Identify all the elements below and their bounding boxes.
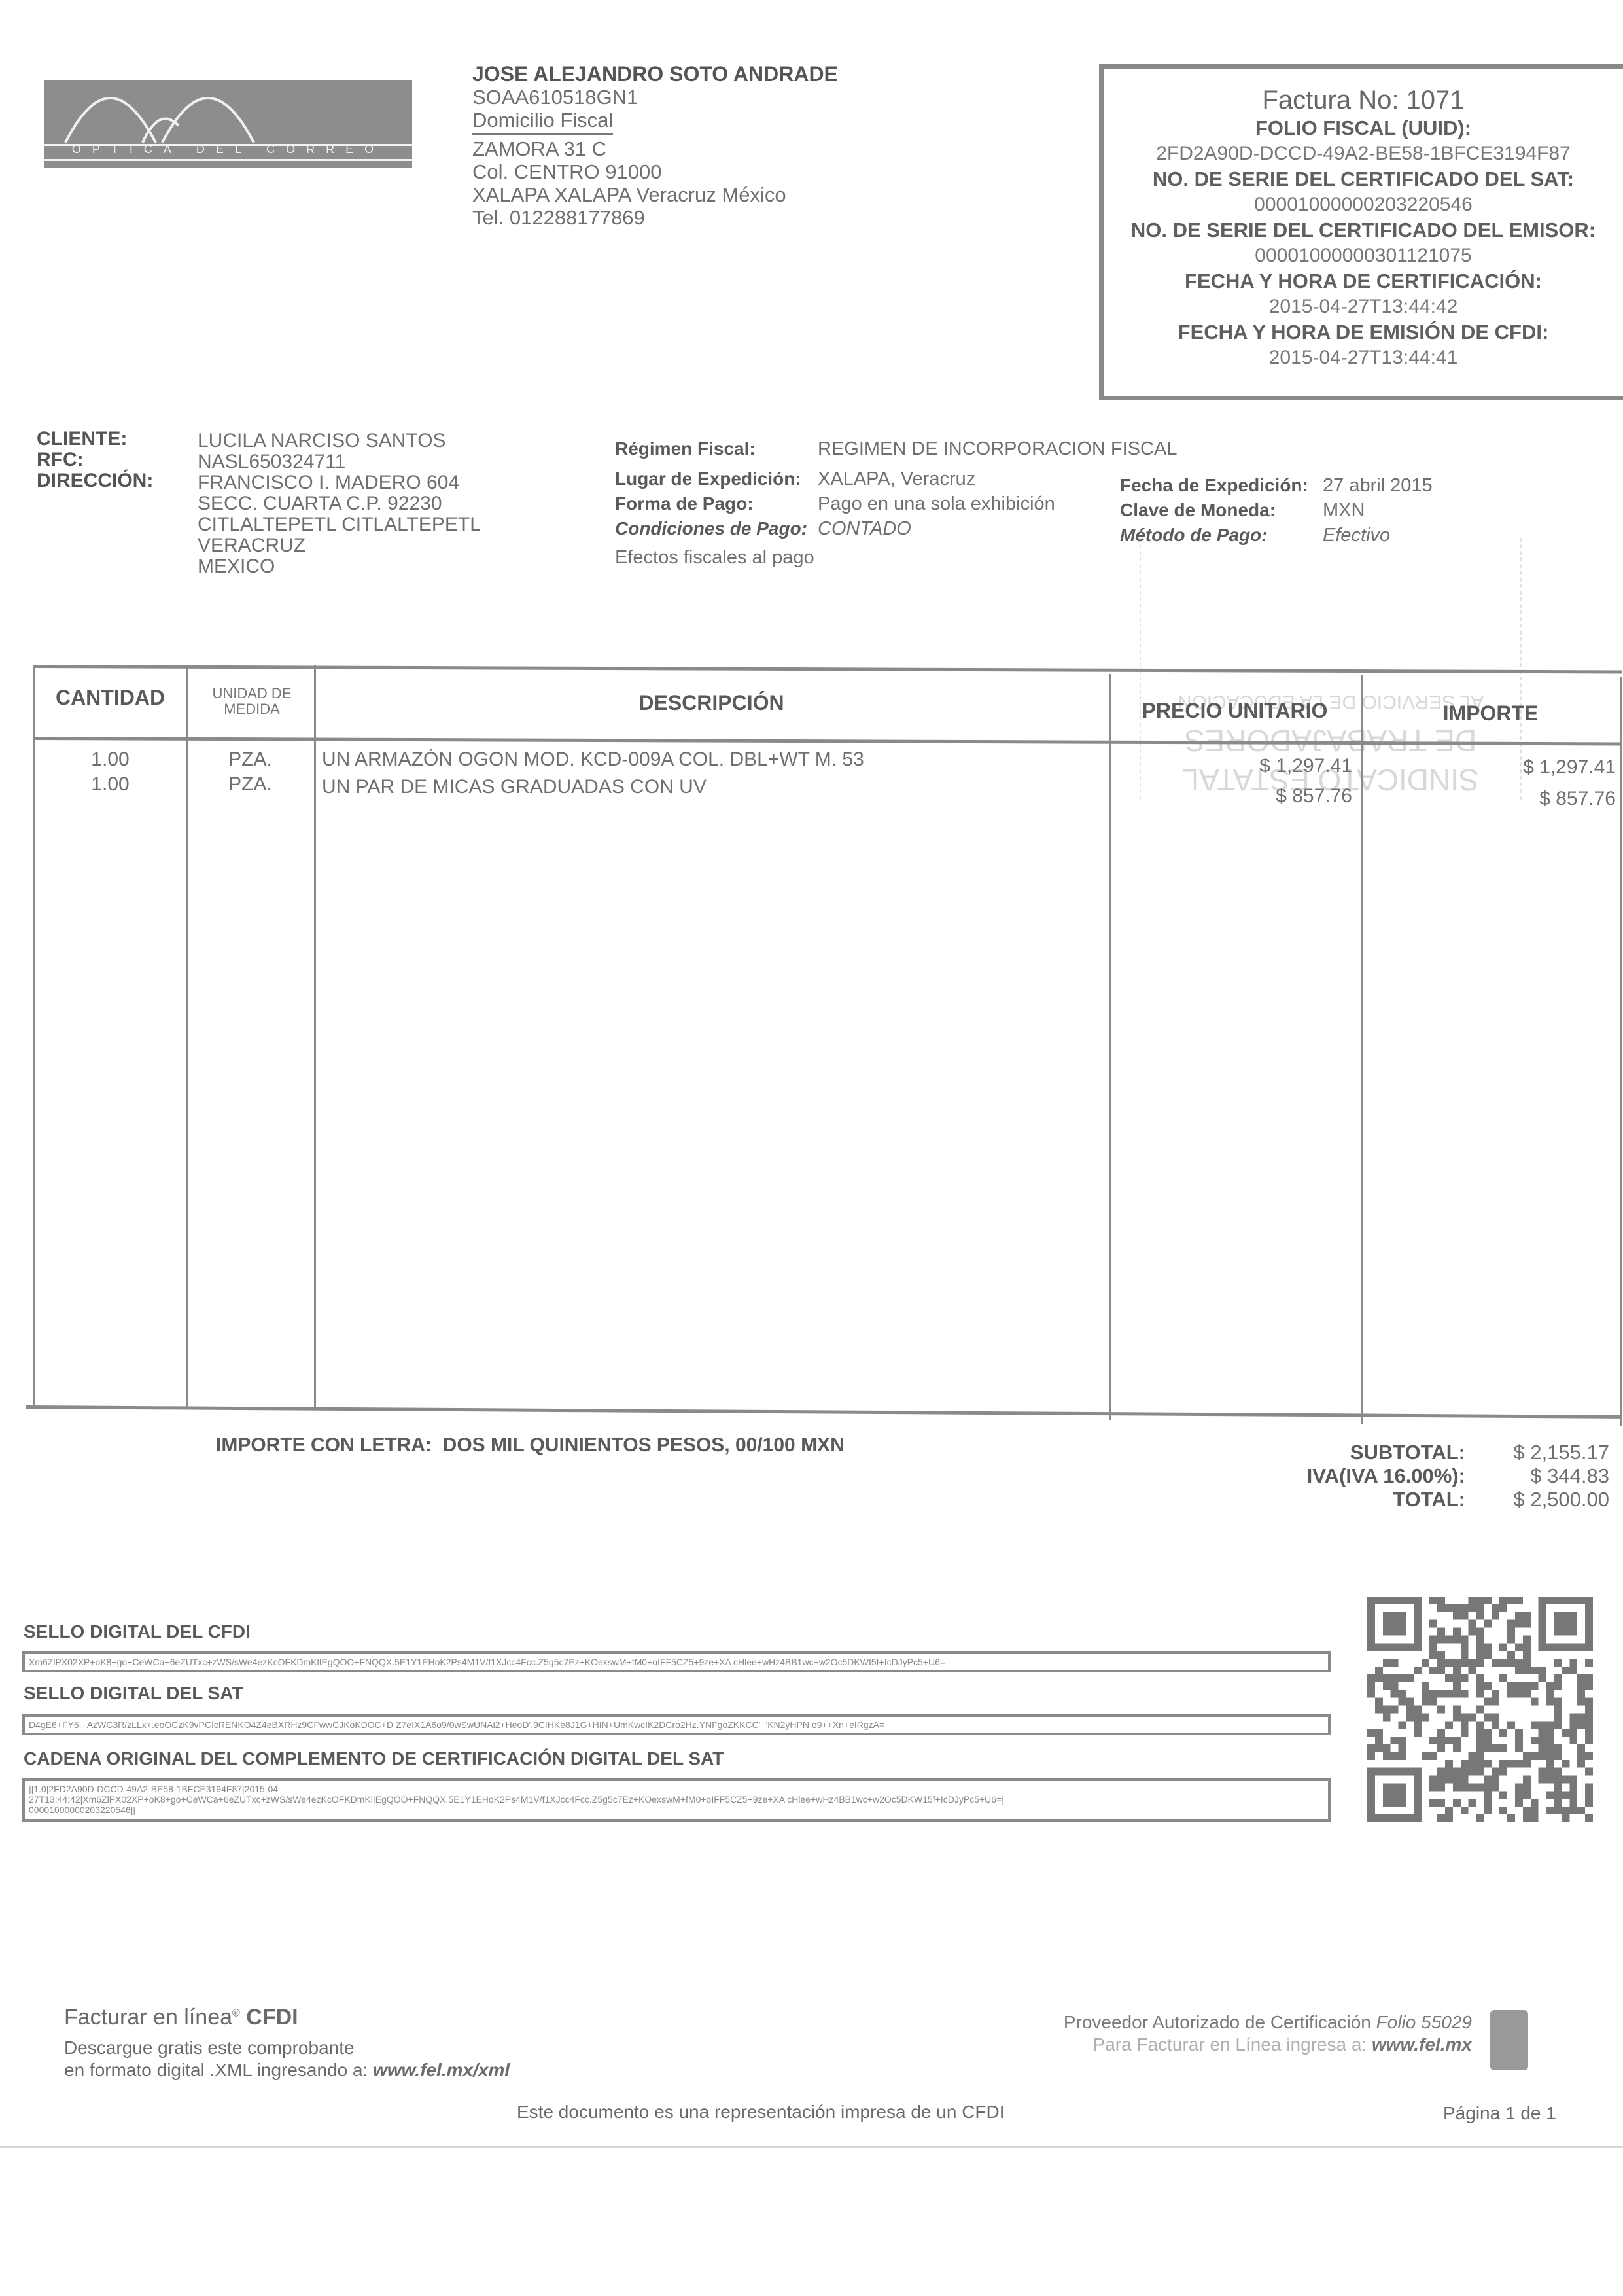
fecha-expedicion-value: 27 abril 2015 bbox=[1323, 475, 1433, 497]
cadena-line: 00001000000203220546|| bbox=[29, 1805, 1324, 1815]
company-logo: OPTICA DEL CORREO bbox=[44, 80, 412, 168]
sat-seal-label: SELLO DIGITAL DEL SAT bbox=[24, 1683, 243, 1704]
regimen-value: REGIMEN DE INCORPORACION FISCAL bbox=[818, 438, 1177, 460]
total-label: TOTAL: bbox=[1243, 1488, 1465, 1511]
row-unidad: PZA. bbox=[186, 773, 314, 796]
sat-seal-value: D4gE6+FY5.+AzWC3R/zLLx+.eoOCzK9vPCIcRENK… bbox=[22, 1714, 1331, 1735]
amount-in-words: IMPORTE CON LETRA: DOS MIL QUINIENTOS PE… bbox=[216, 1434, 845, 1457]
forma-label: Forma de Pago: bbox=[615, 493, 754, 514]
cadena-line: ||1.0|2FD2A90D-DCCD-49A2-BE58-1BFCE3194F… bbox=[29, 1784, 1324, 1794]
metodo-label: Método de Pago: bbox=[1120, 525, 1268, 546]
condiciones-value: CONTADO bbox=[818, 518, 911, 540]
items-table: CANTIDAD UNIDAD DE MEDIDA DESCRIPCIÓN PR… bbox=[26, 665, 1622, 1417]
cert-date-label: FECHA Y HORA DE CERTIFICACIÓN: bbox=[1104, 268, 1623, 294]
row-importe: $ 1,297.41 bbox=[1361, 756, 1616, 779]
client-values: LUCILA NARCISO SANTOS NASL650324711 FRAN… bbox=[198, 431, 481, 577]
metodo-value: Efectivo bbox=[1323, 525, 1390, 546]
sat-pac-seal-icon bbox=[1490, 2010, 1528, 2070]
client-rfc: NASL650324711 bbox=[198, 451, 481, 472]
page-bottom-rule bbox=[0, 2146, 1623, 2148]
header-descripcion: DESCRIPCIÓN bbox=[314, 691, 1109, 715]
issuer-cert-value: 00001000000301121075 bbox=[1104, 243, 1623, 268]
row-descripcion: UN ARMAZÓN OGON MOD. KCD-009A COL. DBL+W… bbox=[322, 749, 864, 771]
emitter-address-line: ZAMORA 31 C bbox=[472, 137, 838, 160]
client-rfc-label: RFC: bbox=[37, 450, 153, 470]
client-address-line: MEXICO bbox=[198, 556, 481, 577]
emitter-address-line: XALAPA XALAPA Veracruz México bbox=[472, 183, 838, 206]
client-address-line: SECC. CUARTA C.P. 92230 bbox=[198, 493, 481, 514]
row-importe: $ 857.76 bbox=[1361, 788, 1616, 810]
subtotal-label: SUBTOTAL: bbox=[1243, 1441, 1465, 1464]
row-precio: $ 857.76 bbox=[1109, 785, 1352, 807]
client-name-label: CLIENTE: bbox=[37, 429, 153, 450]
footer-fel: Facturar en línea® CFDI Descargue gratis… bbox=[64, 2005, 510, 2081]
emitter-info: JOSE ALEJANDRO SOTO ANDRADE SOAA610518GN… bbox=[472, 63, 838, 229]
emission-date-label: FECHA Y HORA DE EMISIÓN DE CFDI: bbox=[1104, 319, 1623, 345]
issuer-cert-label: NO. DE SERIE DEL CERTIFICADO DEL EMISOR: bbox=[1104, 217, 1623, 243]
download-link[interactable]: www.fel.mx/xml bbox=[373, 2060, 510, 2080]
forma-value: Pago en una sola exhibición bbox=[818, 493, 1055, 515]
emission-date-value: 2015-04-27T13:44:41 bbox=[1104, 345, 1623, 370]
client-address-line: VERACRUZ bbox=[198, 535, 481, 556]
folio-box: Factura No: 1071 FOLIO FISCAL (UUID): 2F… bbox=[1099, 64, 1623, 400]
representation-note: Este documento es una representación imp… bbox=[517, 2102, 1005, 2123]
emitter-address-line: Col. CENTRO 91000 bbox=[472, 160, 838, 183]
header-cantidad: CANTIDAD bbox=[34, 686, 186, 710]
client-address-line: FRANCISCO I. MADERO 604 bbox=[198, 472, 481, 493]
totals-labels: SUBTOTAL: IVA(IVA 16.00%): TOTAL: bbox=[1243, 1441, 1465, 1511]
cert-date-value: 2015-04-27T13:44:42 bbox=[1104, 294, 1623, 319]
lugar-label: Lugar de Expedición: bbox=[615, 468, 801, 489]
fiscal-address-label: Domicilio Fiscal bbox=[472, 109, 613, 135]
condiciones-label: Condiciones de Pago: bbox=[615, 518, 807, 539]
download-line-1: Descargue gratis este comprobante bbox=[64, 2037, 510, 2059]
moneda-value: MXN bbox=[1323, 500, 1365, 521]
iva-label: IVA(IVA 16.00%): bbox=[1243, 1464, 1465, 1488]
lugar-value: XALAPA, Veracruz bbox=[818, 468, 975, 490]
cfdi-seal-label: SELLO DIGITAL DEL CFDI bbox=[24, 1621, 251, 1642]
cadena-original-label: CADENA ORIGINAL DEL COMPLEMENTO DE CERTI… bbox=[24, 1748, 724, 1769]
client-labels: CLIENTE: RFC: DIRECCIÓN: bbox=[37, 429, 153, 491]
regimen-label: Régimen Fiscal: bbox=[615, 438, 756, 459]
emitter-name: JOSE ALEJANDRO SOTO ANDRADE bbox=[472, 63, 838, 86]
emitter-rfc: SOAA610518GN1 bbox=[472, 86, 838, 109]
footer-brand: Facturar en línea bbox=[64, 2005, 232, 2030]
cadena-line: 27T13:44:42|Xm6ZlPX02XP+oK8+go+CeWCa+6eZ… bbox=[29, 1794, 1324, 1805]
amount-in-words-value: DOS MIL QUINIENTOS PESOS, 00/100 MXN bbox=[443, 1434, 845, 1456]
invoice-number: Factura No: 1071 bbox=[1104, 86, 1623, 115]
cadena-original-value: ||1.0|2FD2A90D-DCCD-49A2-BE58-1BFCE3194F… bbox=[22, 1778, 1331, 1822]
row-descripcion: UN PAR DE MICAS GRADUADAS CON UV bbox=[322, 776, 707, 798]
header-importe: IMPORTE bbox=[1361, 701, 1620, 726]
pac-line: Proveedor Autorizado de Certificación bbox=[1064, 2012, 1371, 2032]
row-cantidad: 1.00 bbox=[34, 773, 186, 796]
efectos-fiscales: Efectos fiscales al pago bbox=[615, 547, 814, 569]
total-value: $ 2,500.00 bbox=[1492, 1488, 1609, 1511]
totals-values: $ 2,155.17 $ 344.83 $ 2,500.00 bbox=[1492, 1441, 1609, 1511]
download-line-2: en formato digital .XML ingresando a: bbox=[64, 2060, 368, 2080]
logo-text: OPTICA DEL CORREO bbox=[44, 143, 412, 156]
emitter-phone: Tel. 012288177869 bbox=[472, 206, 838, 229]
sat-cert-value: 00001000000203220546 bbox=[1104, 192, 1623, 217]
footer-brand-cfdi: CFDI bbox=[246, 2005, 298, 2030]
pac-line-2: Para Facturar en Línea ingresa a: bbox=[1093, 2034, 1367, 2055]
row-precio: $ 1,297.41 bbox=[1109, 755, 1352, 777]
header-unidad: UNIDAD DE MEDIDA bbox=[196, 686, 307, 717]
footer-pac: Proveedor Autorizado de Certificación Fo… bbox=[1021, 2011, 1472, 2056]
cfdi-seal-value: Xm6ZlPX02XP+oK8+go+CeWCa+6eZUTxc+zWS/sWe… bbox=[22, 1651, 1331, 1672]
header-precio-unitario: PRECIO UNITARIO bbox=[1109, 699, 1361, 723]
uuid-label: FOLIO FISCAL (UUID): bbox=[1104, 115, 1623, 141]
page-number: Página 1 de 1 bbox=[1443, 2103, 1556, 2124]
pac-folio: Folio 55029 bbox=[1376, 2012, 1472, 2032]
iva-value: $ 344.83 bbox=[1492, 1464, 1609, 1488]
row-cantidad: 1.00 bbox=[34, 749, 186, 771]
row-unidad: PZA. bbox=[186, 749, 314, 771]
fecha-expedicion-label: Fecha de Expedición: bbox=[1120, 475, 1308, 496]
uuid-value: 2FD2A90D-DCCD-49A2-BE58-1BFCE3194F87 bbox=[1104, 141, 1623, 166]
subtotal-value: $ 2,155.17 bbox=[1492, 1441, 1609, 1464]
moneda-label: Clave de Moneda: bbox=[1120, 500, 1276, 521]
client-name: LUCILA NARCISO SANTOS bbox=[198, 431, 481, 451]
client-address-line: CITLALTEPETL CITLALTEPETL bbox=[198, 514, 481, 535]
client-address-label: DIRECCIÓN: bbox=[37, 470, 153, 491]
pac-link[interactable]: www.fel.mx bbox=[1372, 2034, 1472, 2055]
sat-cert-label: NO. DE SERIE DEL CERTIFICADO DEL SAT: bbox=[1104, 166, 1623, 192]
amount-in-words-label: IMPORTE CON LETRA: bbox=[216, 1434, 432, 1456]
qr-code-icon bbox=[1364, 1597, 1596, 1822]
